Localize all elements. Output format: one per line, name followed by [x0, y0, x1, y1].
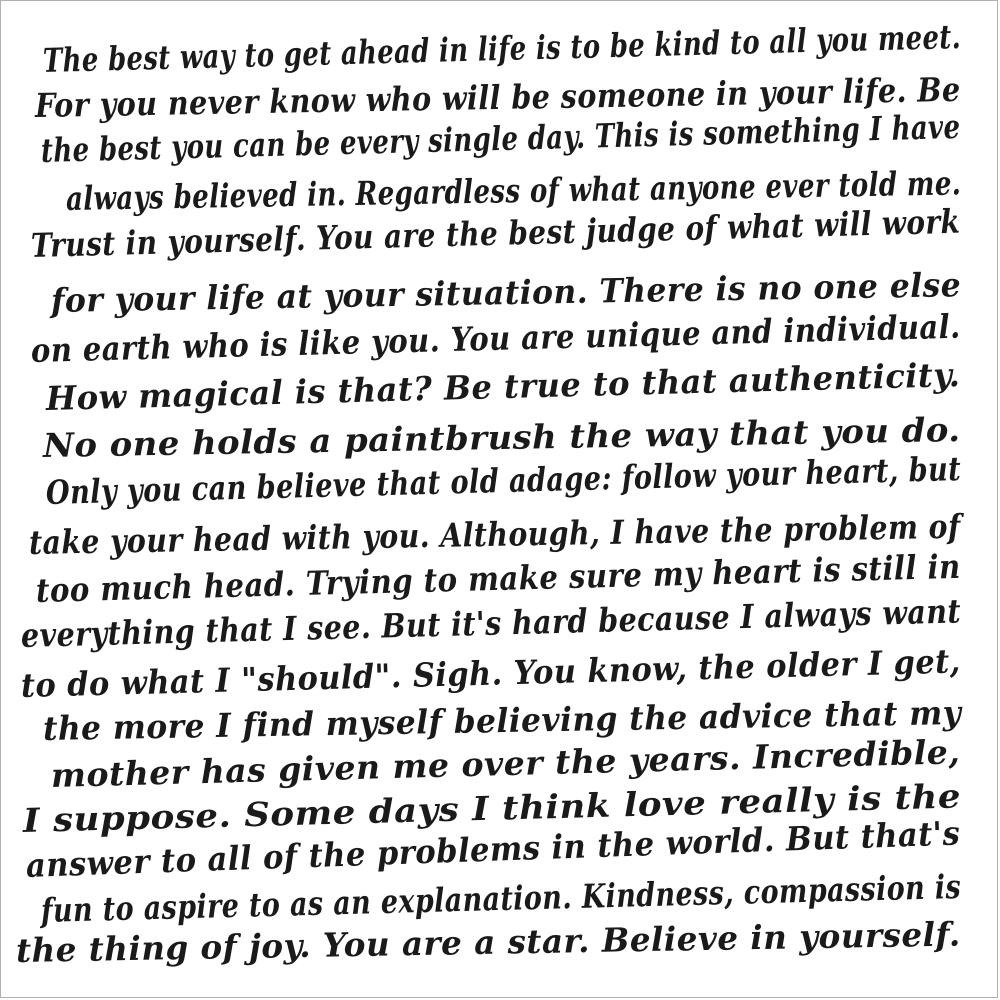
handwritten-page: The best way to get ahead in life is to …: [0, 0, 998, 998]
handwritten-line: The best way to get ahead in life is to …: [42, 17, 961, 80]
